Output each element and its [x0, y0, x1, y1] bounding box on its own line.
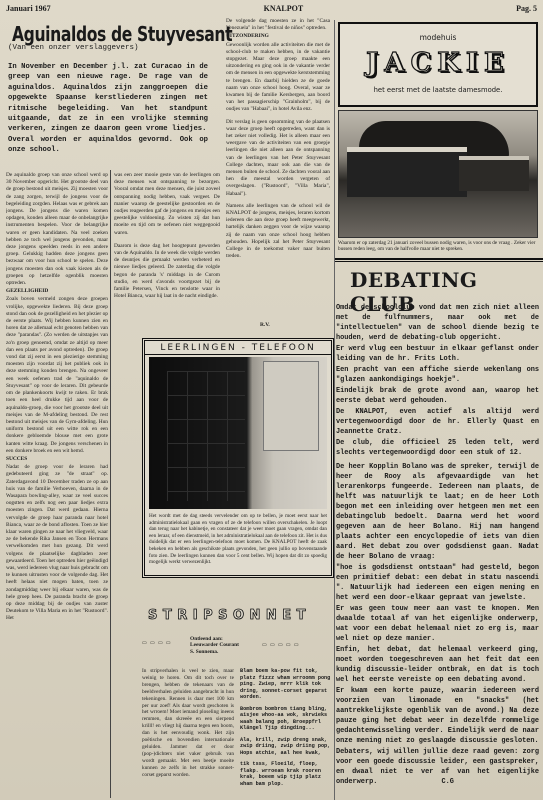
paragraph: Namens alle leerlingen van de school wil…	[226, 203, 330, 261]
paragraph: Een pracht van een affiche sierde wekenl…	[336, 365, 539, 385]
page-number: Pag. 5	[516, 4, 537, 16]
telefoon-box: LEERLINGEN - TELEFOON Het wordt met de d…	[142, 338, 334, 578]
aguinaldos-column-1: De aquinaldo groep van onze school werd …	[6, 172, 108, 797]
stripsonnet-poem: Blam boem ka-pow fit tok, platz fizzz wh…	[240, 668, 332, 792]
paragraph: De KNALPOT, even actief als altijd werd …	[336, 407, 539, 437]
lead-paragraph-2: Overal worden er aquinaldos gevormd. Ook…	[8, 135, 208, 156]
subheading: GEZELLIGHEID	[6, 288, 108, 295]
paragraph: De aquinaldo groep van onze school werd …	[6, 172, 108, 287]
bus-photo-caption: Waarom er op zaterdag 21 januari zoveel …	[338, 240, 538, 253]
lead-paragraph: In November en December j.l. zat Curacao…	[8, 62, 208, 135]
paper-name: KNALPOT	[264, 4, 304, 16]
bus-photo	[338, 110, 538, 238]
paragraph: De heer Kopplin Bolano was de spreker, t…	[336, 462, 539, 562]
paragraph: Er werd vlug een bestuur in elkaar gefla…	[336, 344, 539, 364]
paragraph: Eindelijk brak de grote avond aan, waaro…	[336, 386, 539, 406]
telefoon-text: Het wordt met de dag steeds vervelender …	[145, 511, 331, 568]
issue-date: Januari 1967	[6, 4, 51, 16]
ad-brand-name: JACKIE	[340, 48, 536, 78]
author-signature: C.G	[442, 778, 454, 786]
paragraph: Omdat de schoolclub vond dat men zich ni…	[336, 303, 539, 343]
bus-shape	[347, 147, 467, 197]
poem-stanza: Ala, krill, zwip dreng snak, zwip driing…	[240, 737, 332, 757]
paragraph: Dit verslag is geen opsomming van de pla…	[226, 119, 330, 198]
column-divider	[110, 170, 111, 798]
article-byline: (Van een onzer verslaggevers)	[8, 44, 139, 52]
page-header: Januari 1967 KNALPOT Pag. 5	[6, 4, 537, 16]
paragraph: De volgende dag moesten ze in het "Casa …	[226, 18, 330, 32]
dash-ornament: ▭ ▭ ▭ ▭	[142, 640, 172, 646]
poem-stanza: tik tsss, Floeild, floep, flakp. wrroeam…	[240, 761, 332, 787]
paragraph: De club, die officieel 25 leden telt, we…	[336, 438, 539, 458]
source-paper: Leeuwarder Courant	[190, 642, 239, 648]
ad-label: modehuis	[340, 33, 536, 42]
poem-stanza: Bombrom bombrom tiang bling, aisjee whoo…	[240, 706, 332, 732]
paragraph: Er kwam een korte pauze, waarin iedereen…	[336, 686, 539, 746]
newspaper-page: Januari 1967 KNALPOT Pag. 5 Aguinaldos d…	[0, 0, 543, 800]
column-divider	[334, 20, 335, 800]
telefoon-title: LEERLINGEN - TELEFOON	[145, 341, 331, 355]
notice-board-shape	[263, 361, 319, 451]
aguinaldos-column-3: De volgende dag moesten ze in het "Casa …	[226, 18, 330, 334]
advertisement-jackie: modehuis JACKIE het eerst met de laatste…	[338, 22, 538, 107]
stripsonnet-source: Ontleend aan: Leeuwarder Courant S. Sonn…	[190, 636, 239, 655]
source-author: S. Sonnema.	[190, 649, 239, 655]
paragraph: Nadat de groep voor de leraren had gedeb…	[6, 464, 108, 622]
paragraph: Gewoonlijk worden alle activiteiten die …	[226, 42, 330, 114]
subheading: UITZONDERING	[226, 33, 330, 40]
poem-stanza: Blam boem ka-pow fit tok, platz fizzz wh…	[240, 668, 332, 701]
article-lead: In November en December j.l. zat Curacao…	[8, 62, 208, 156]
paragraph: Zoals boven vermeld zongen deze groepen …	[6, 296, 108, 454]
bus-shape	[459, 156, 529, 191]
paragraph: "hoe is godsdienst ontstaan" had gesteld…	[336, 563, 539, 603]
stripsonnet-intro: In stripverhalen is veel te zien, maar w…	[142, 668, 234, 779]
debating-article-body: Omdat de schoolclub vond dat men zich ni…	[336, 303, 539, 788]
article-title-aguinaldos: Aguinaldos de Stuyvesant	[12, 22, 232, 46]
section-divider	[335, 258, 543, 262]
paragraph: was een zeer mooie geste van de leerling…	[114, 172, 220, 237]
paragraph: Debaters, wij willen jullie deze raad ge…	[336, 748, 539, 786]
telefoon-photo	[149, 357, 327, 509]
paragraph: Daarom is deze dag het hoogtepunt geword…	[114, 243, 220, 301]
paragraph: Enfin, het debat, dat helemaal verkeerd …	[336, 645, 539, 685]
subheading: SUCCES	[6, 456, 108, 463]
ad-slogan: het eerst met de laatste damesmode.	[340, 86, 536, 94]
aguinaldos-column-2: was een zeer mooie geste van de leerling…	[114, 172, 220, 332]
stripsonnet-title: STRIPSONNET	[148, 608, 311, 623]
dash-ornament: ▭ ▭ ▭ ▭ ▭	[262, 642, 300, 648]
glass-door-shape	[167, 371, 245, 501]
paragraph: Er was geen touw meer aan vast te knopen…	[336, 604, 539, 644]
